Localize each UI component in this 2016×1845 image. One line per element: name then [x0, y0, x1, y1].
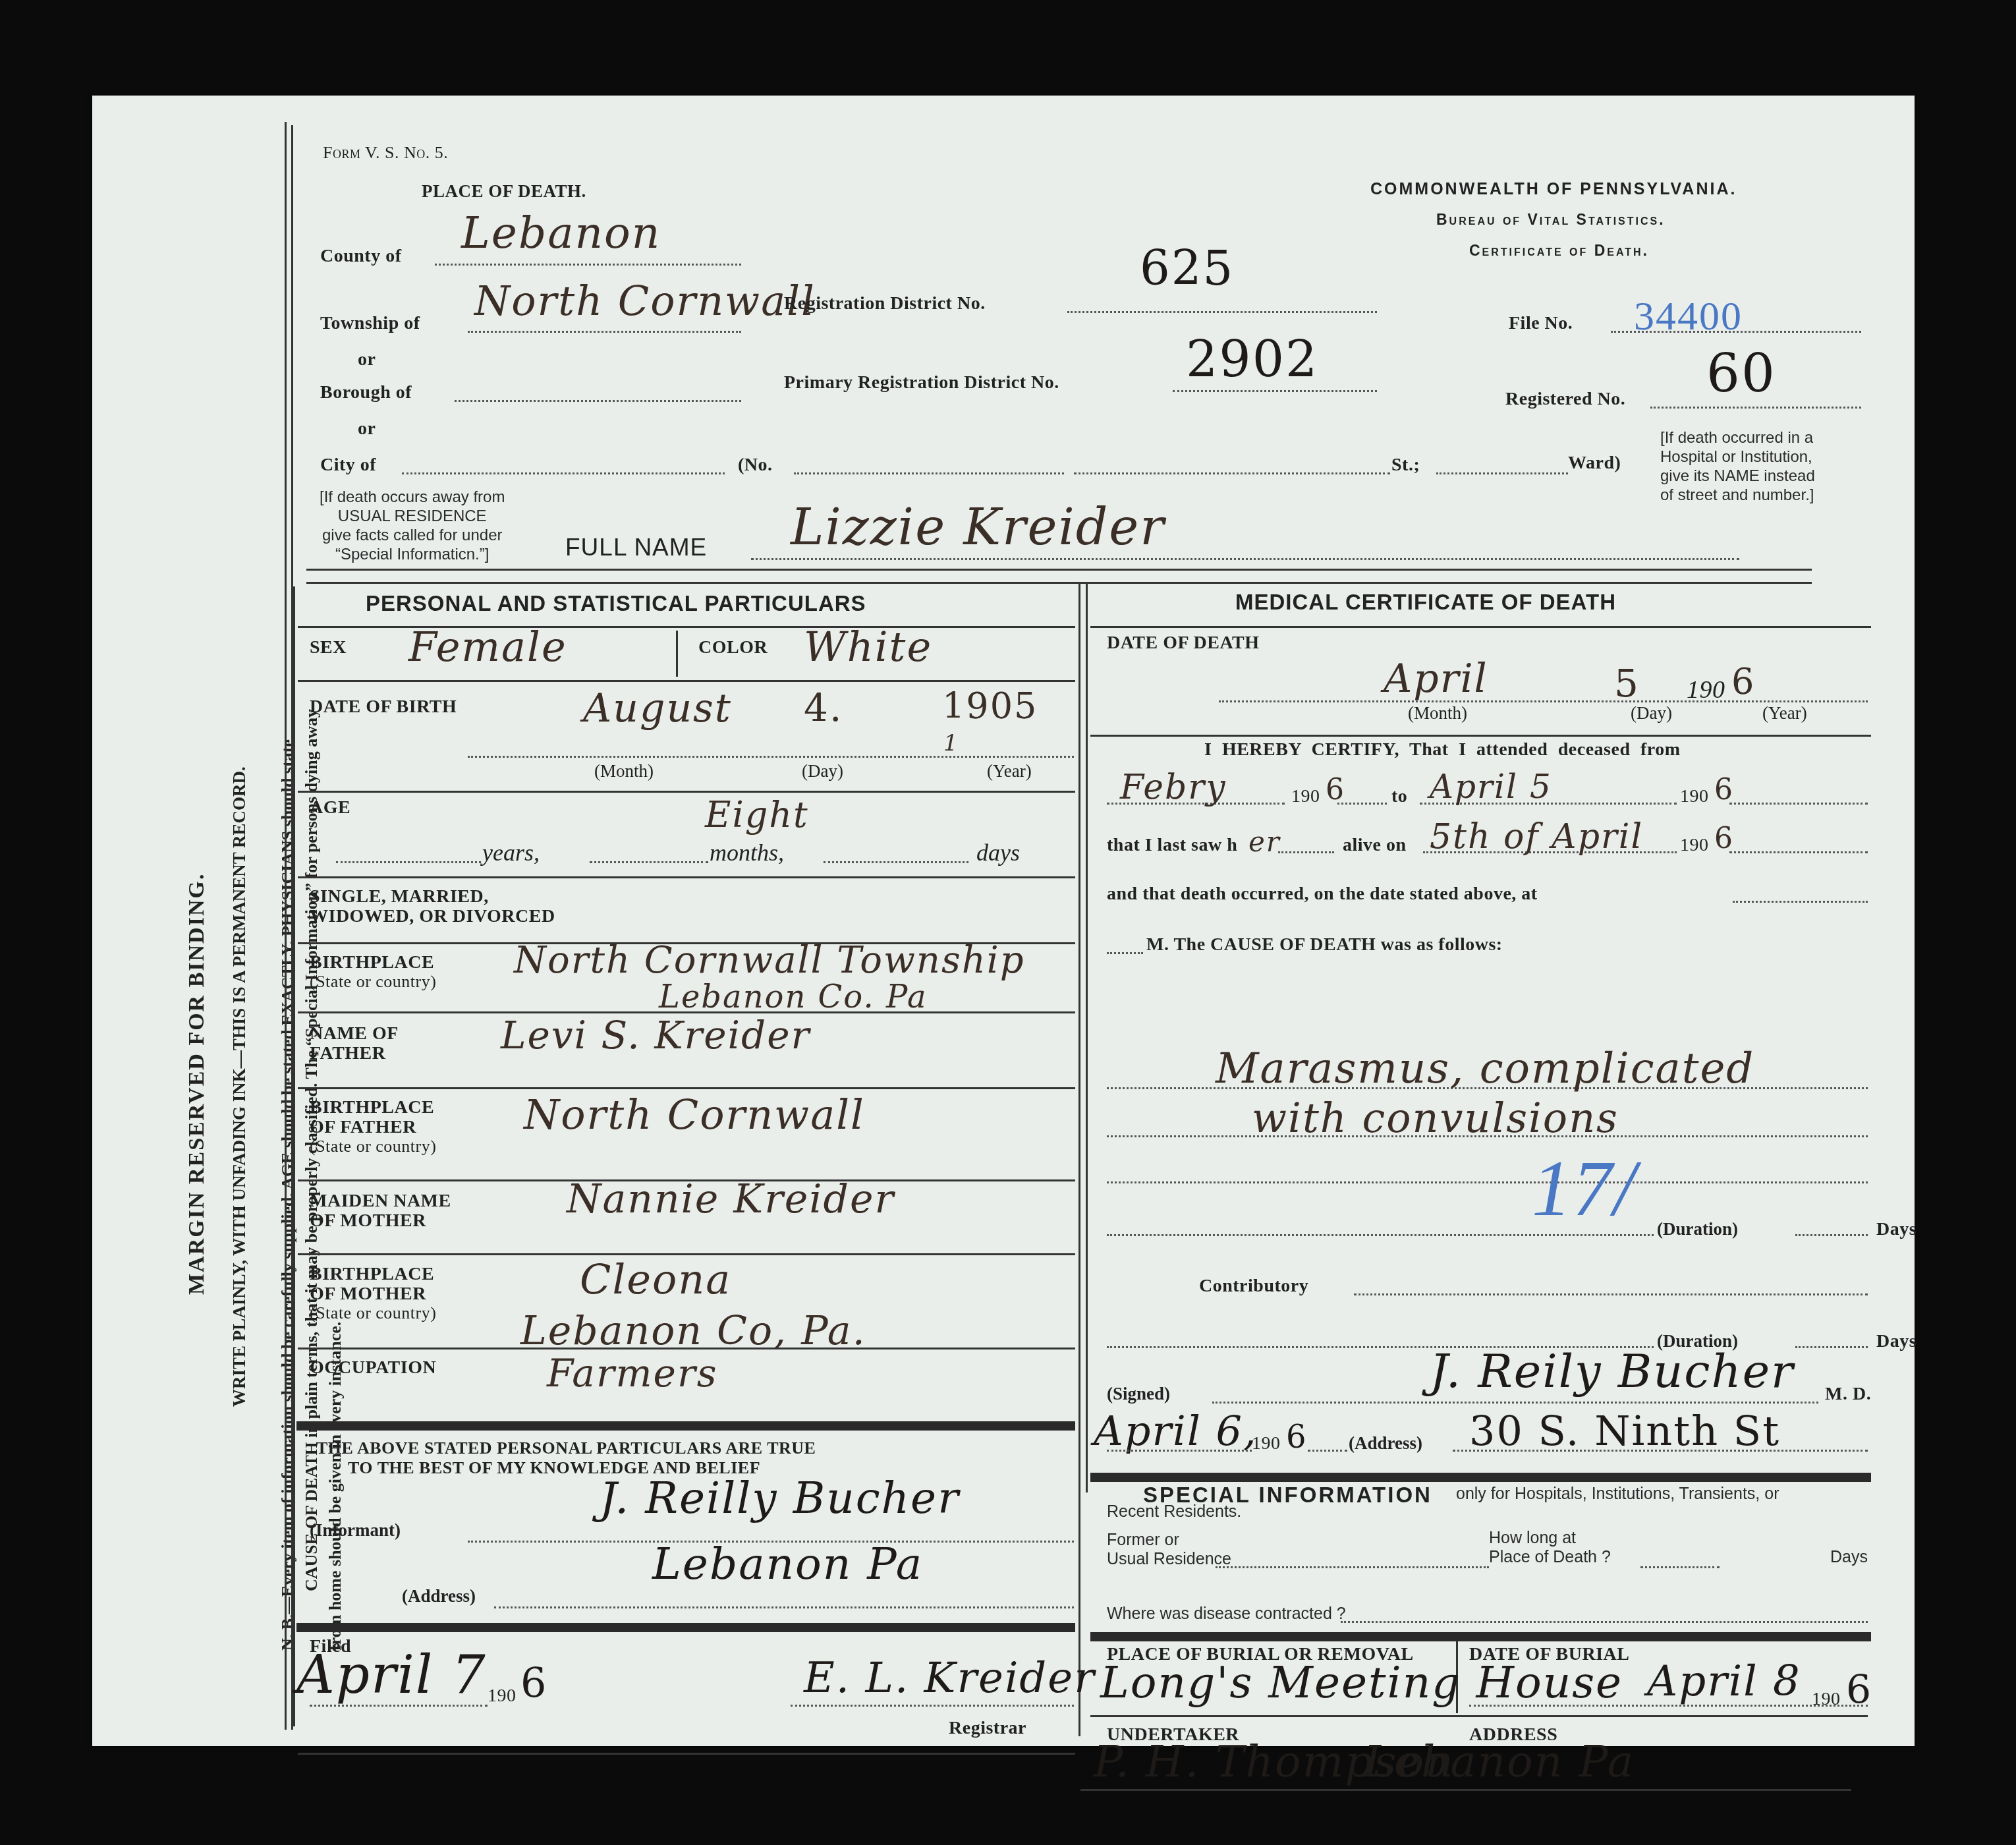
age-months-line — [590, 861, 708, 863]
father-birthplace-label-1: BIRTHPLACE — [310, 1097, 434, 1118]
md-label: M. D. — [1825, 1384, 1871, 1405]
rule-occupation-thick — [296, 1421, 1075, 1431]
column-divider — [1078, 583, 1080, 1736]
registered-no-line — [1650, 407, 1861, 409]
ink-note: WRITE PLAINLY, WITH UNFADING INK—THIS IS… — [229, 766, 250, 1407]
age-days-line — [824, 861, 968, 863]
alive-year-line — [1729, 851, 1868, 853]
last-saw-pronoun[interactable]: er — [1248, 826, 1281, 858]
how-long-label-1: How long at — [1489, 1529, 1576, 1548]
death-occurred-line — [1733, 901, 1868, 903]
registrar-line — [791, 1705, 1074, 1707]
dod-year-caption: (Year) — [1762, 703, 1807, 724]
cause-line-3 — [1107, 1181, 1868, 1183]
former-residence-label-1: Former or — [1107, 1531, 1179, 1550]
registrar-label: Registrar — [949, 1718, 1026, 1739]
form-number: Form V. S. No. 5. — [323, 143, 448, 163]
marital-status-label-1: SINGLE, MARRIED, — [310, 886, 489, 907]
how-long-line — [1640, 1566, 1720, 1568]
mother-birthplace-value-line-1[interactable]: Cleona — [580, 1255, 731, 1303]
binding-rule-1 — [285, 122, 287, 1730]
away-from-residence-note: [If death occurs away from USUAL RESIDEN… — [320, 488, 505, 564]
alive-year-digit[interactable]: 6 — [1714, 822, 1734, 855]
date-of-death-label: DATE OF DEATH — [1107, 633, 1260, 654]
rule-mother-birthplace — [298, 1348, 1075, 1349]
how-long-days-label: Days — [1830, 1548, 1868, 1567]
full-name-line — [751, 558, 1739, 560]
rule-special-top — [1090, 1473, 1871, 1482]
cause-of-death-line-1[interactable]: Marasmus, complicated — [1216, 1044, 1754, 1093]
duration-line-1 — [1107, 1234, 1654, 1236]
undertaker-address-value[interactable]: Lebanon Pa — [1364, 1736, 1635, 1787]
or-label-2: or — [358, 418, 376, 440]
date-of-death-line — [1219, 700, 1868, 702]
bureau-heading: Bureau of Vital Statistics. — [1436, 211, 1666, 229]
date-of-birth-label: DATE OF BIRTH — [310, 696, 457, 718]
age-years-line — [336, 861, 481, 863]
binding-note: MARGIN RESERVED FOR BINDING. — [184, 873, 210, 1295]
dob-year-value[interactable]: 1905 — [942, 685, 1038, 727]
rule-burial-top — [1090, 1632, 1871, 1641]
dob-day-caption: (Day) — [802, 761, 843, 781]
death-certificate: MARGIN RESERVED FOR BINDING. WRITE PLAIN… — [92, 96, 1915, 1746]
rule-date-of-death — [1090, 735, 1871, 737]
ward-line — [1436, 472, 1568, 474]
cause-of-death-label: M. The CAUSE OF DEATH was as follows: — [1146, 934, 1503, 955]
place-of-death-heading: PLACE OF DEATH. — [422, 181, 586, 202]
dob-day-value[interactable]: 4. — [804, 685, 843, 730]
physician-address-value[interactable]: 30 S. Ninth St — [1469, 1407, 1780, 1455]
to-label: to — [1391, 786, 1407, 807]
dob-year-caption: (Year) — [987, 761, 1032, 781]
informant-address-label: (Address) — [402, 1586, 476, 1606]
registrar-signature[interactable]: E. L. Kreider — [804, 1654, 1096, 1703]
occupation-value[interactable]: Farmers — [547, 1351, 717, 1396]
father-birthplace-value[interactable]: North Cornwall — [524, 1091, 865, 1139]
informant-address-value[interactable]: Lebanon Pa — [652, 1539, 923, 1589]
burial-year-digit[interactable]: 6 — [1846, 1667, 1872, 1713]
dob-month-caption: (Month) — [594, 761, 654, 781]
birthplace-label: BIRTHPLACE — [310, 952, 434, 973]
file-no-label: File No. — [1509, 313, 1573, 334]
dod-month-value[interactable]: April — [1384, 656, 1488, 702]
alive-on-value[interactable]: 5th of April — [1430, 817, 1643, 857]
from-year-prefix: 190 — [1291, 786, 1320, 807]
signed-year-digit[interactable]: 6 — [1286, 1419, 1308, 1456]
cause-m-line — [1107, 952, 1143, 954]
mother-birthplace-sublabel: (State or country) — [310, 1303, 436, 1323]
or-label-1: or — [358, 349, 376, 370]
date-of-burial-value[interactable]: April 8 — [1647, 1657, 1801, 1706]
from-year-line — [1337, 803, 1387, 805]
color-value[interactable]: White — [804, 623, 932, 671]
color-label: COLOR — [698, 637, 768, 658]
attestation-line-1: THE ABOVE STATED PERSONAL PARTICULARS AR… — [316, 1438, 816, 1458]
primary-district-label: Primary Registration District No. — [784, 372, 1059, 393]
mother-name-value[interactable]: Nannie Kreider — [567, 1176, 895, 1222]
borough-field-line — [455, 400, 741, 402]
years-caption: years, — [482, 839, 540, 866]
to-year-line — [1729, 803, 1868, 805]
full-name-label: FULL NAME — [565, 534, 707, 561]
former-residence-label-2: Usual Residence — [1107, 1550, 1231, 1569]
city-field-line — [402, 472, 725, 474]
cause-of-death-line-2[interactable]: with convulsions — [1252, 1094, 1619, 1142]
how-long-label-2: Place of Death ? — [1489, 1548, 1611, 1567]
primary-district-line — [1173, 390, 1377, 392]
personal-particulars-title: PERSONAL AND STATISTICAL PARTICULARS — [366, 591, 866, 616]
duration-days-line-2 — [1795, 1346, 1868, 1348]
primary-district-value[interactable]: 2902 — [1186, 329, 1318, 388]
former-residence-line — [1216, 1566, 1489, 1568]
informant-value[interactable]: J. Reilly Bucher — [600, 1473, 960, 1523]
borough-label: Borough of — [320, 382, 412, 403]
county-field-line — [435, 264, 741, 266]
rule-age — [298, 876, 1075, 878]
mother-name-label-1: MAIDEN NAME — [310, 1191, 451, 1212]
death-occurred-label: and that death occurred, on the date sta… — [1107, 884, 1538, 905]
rule-filed-bottom — [298, 1753, 1075, 1755]
signed-label: (Signed) — [1107, 1384, 1170, 1404]
dob-line — [468, 756, 1074, 758]
attended-to-value[interactable]: April 5 — [1430, 768, 1552, 806]
rule-dob — [298, 791, 1075, 793]
father-name-label-2: FATHER — [310, 1043, 386, 1064]
signed-year-prefix: 190 — [1252, 1433, 1281, 1454]
birthplace-value-line-2[interactable]: Lebanon Co. Pa — [659, 979, 928, 1015]
filed-line — [310, 1705, 488, 1707]
signed-date-line — [1107, 1450, 1252, 1452]
contributory-line — [1354, 1293, 1868, 1295]
rule-medical-top — [1090, 626, 1871, 628]
special-information-note: only for Hospitals, Institutions, Transi… — [1456, 1485, 1779, 1504]
township-value[interactable]: North Cornwall — [474, 277, 816, 325]
to-year-prefix: 190 — [1680, 786, 1709, 807]
father-name-label-1: NAME OF — [310, 1023, 399, 1044]
special-information-note-2: Recent Residents. — [1107, 1502, 1241, 1521]
father-birthplace-sublabel: (State or country) — [310, 1137, 436, 1156]
disease-contracted-label: Where was disease contracted ? — [1107, 1604, 1346, 1624]
signed-year-line — [1308, 1450, 1347, 1452]
dod-day-caption: (Day) — [1631, 703, 1672, 724]
attended-from-value[interactable]: Febry — [1120, 768, 1227, 807]
county-label: County of — [320, 246, 402, 267]
ward-label: Ward) — [1568, 453, 1621, 474]
file-no-stamp: 34400 — [1634, 293, 1743, 340]
rule-undertaker-bottom — [1080, 1789, 1851, 1791]
rule-father — [298, 1087, 1075, 1089]
dod-year-prefix: 190 — [1687, 675, 1725, 704]
dob-month-value[interactable]: August — [583, 685, 732, 731]
certificate-heading: Certificate of Death. — [1469, 242, 1649, 260]
dod-day-value[interactable]: 5 — [1614, 661, 1640, 706]
street-no-line — [794, 472, 1064, 474]
registered-no-label: Registered No. — [1505, 389, 1625, 410]
marital-status-label-2: WIDOWED, OR DIVORCED — [310, 906, 555, 927]
sex-value[interactable]: Female — [408, 623, 567, 671]
to-year-digit[interactable]: 6 — [1714, 773, 1734, 807]
father-name-value[interactable]: Levi S. Kreider — [501, 1013, 810, 1058]
dob-mark: 1 — [943, 730, 959, 756]
alive-on-label: alive on — [1343, 835, 1407, 856]
county-value[interactable]: Lebanon — [461, 208, 661, 258]
father-birthplace-label-2: OF FATHER — [310, 1117, 416, 1138]
full-name-value[interactable]: Lizzie Kreider — [791, 497, 1165, 556]
medical-certificate-title: MEDICAL CERTIFICATE OF DEATH — [1235, 590, 1616, 615]
left-column-border — [293, 586, 295, 1726]
mother-birthplace-label-1: BIRTHPLACE — [310, 1264, 434, 1285]
informant-label: (Informant) — [310, 1520, 401, 1541]
days-caption: days — [976, 839, 1020, 866]
filed-year-digit[interactable]: 6 — [520, 1659, 547, 1707]
cause-classification-code: 17/ — [1532, 1143, 1637, 1234]
physician-signature[interactable]: J. Reily Bucher — [1430, 1344, 1795, 1398]
last-saw-line — [1278, 851, 1334, 853]
birthplace-value-line-1[interactable]: North Cornwall Township — [514, 939, 1024, 982]
signed-line — [1212, 1402, 1818, 1404]
filed-year-prefix: 190 — [488, 1686, 517, 1707]
signed-date-value[interactable]: April 6, — [1094, 1407, 1258, 1455]
registration-district-value[interactable]: 625 — [1140, 241, 1234, 296]
age-months-value[interactable]: Eight — [705, 794, 809, 836]
mother-name-label-2: OF MOTHER — [310, 1210, 426, 1232]
contributory-label: Contributory — [1199, 1276, 1308, 1297]
age-label: AGE — [310, 797, 350, 818]
st-label: St.; — [1391, 455, 1420, 476]
dod-year-digit[interactable]: 6 — [1731, 661, 1755, 702]
mother-birthplace-label-2: OF MOTHER — [310, 1284, 426, 1305]
certify-statement: I HEREBY CERTIFY, That I attended deceas… — [1204, 739, 1681, 760]
sex-label: SEX — [310, 637, 347, 658]
registered-no-value[interactable]: 60 — [1706, 343, 1776, 404]
duration-days-line-1 — [1795, 1234, 1868, 1236]
column-divider-2 — [1086, 583, 1088, 1492]
disease-contracted-line — [1341, 1621, 1868, 1623]
duration-days-label-1: Days — [1876, 1219, 1917, 1240]
duration-days-label-2: Days — [1876, 1331, 1917, 1352]
duration-label-1: (Duration) — [1657, 1219, 1738, 1239]
dod-month-caption: (Month) — [1408, 703, 1467, 724]
burial-year-prefix: 190 — [1812, 1689, 1841, 1710]
place-of-burial-value[interactable]: Long's Meeting House — [1100, 1657, 1623, 1708]
last-saw-label: that I last saw h — [1107, 835, 1237, 856]
commonwealth-heading: COMMONWEALTH OF PENNSYLVANIA. — [1370, 180, 1737, 199]
months-caption: months, — [710, 839, 784, 866]
sex-color-divider — [676, 631, 678, 677]
hospital-note: [If death occurred in a Hospital or Inst… — [1660, 428, 1815, 505]
filed-date-value[interactable]: April 7 — [296, 1644, 487, 1705]
rule-sex — [298, 680, 1075, 682]
rule-attestation-thick — [296, 1623, 1075, 1632]
registration-district-label: Registration District No. — [784, 293, 986, 314]
occupation-label: OCCUPATION — [310, 1357, 436, 1378]
registration-district-line — [1067, 311, 1377, 313]
alive-year-prefix: 190 — [1680, 835, 1709, 856]
township-label: Township of — [320, 313, 420, 334]
street-line — [1074, 472, 1390, 474]
informant-address-line — [494, 1606, 1074, 1608]
physician-address-label: (Address) — [1349, 1433, 1422, 1454]
from-year-digit[interactable]: 6 — [1326, 773, 1345, 807]
township-field-line — [468, 331, 741, 333]
header-rule-1 — [306, 569, 1812, 571]
rule-burial — [1090, 1715, 1868, 1717]
street-no-label: (No. — [738, 455, 773, 476]
header-rule-2 — [306, 582, 1812, 584]
birthplace-sublabel: (State or country) — [310, 972, 436, 992]
city-label: City of — [320, 455, 376, 476]
